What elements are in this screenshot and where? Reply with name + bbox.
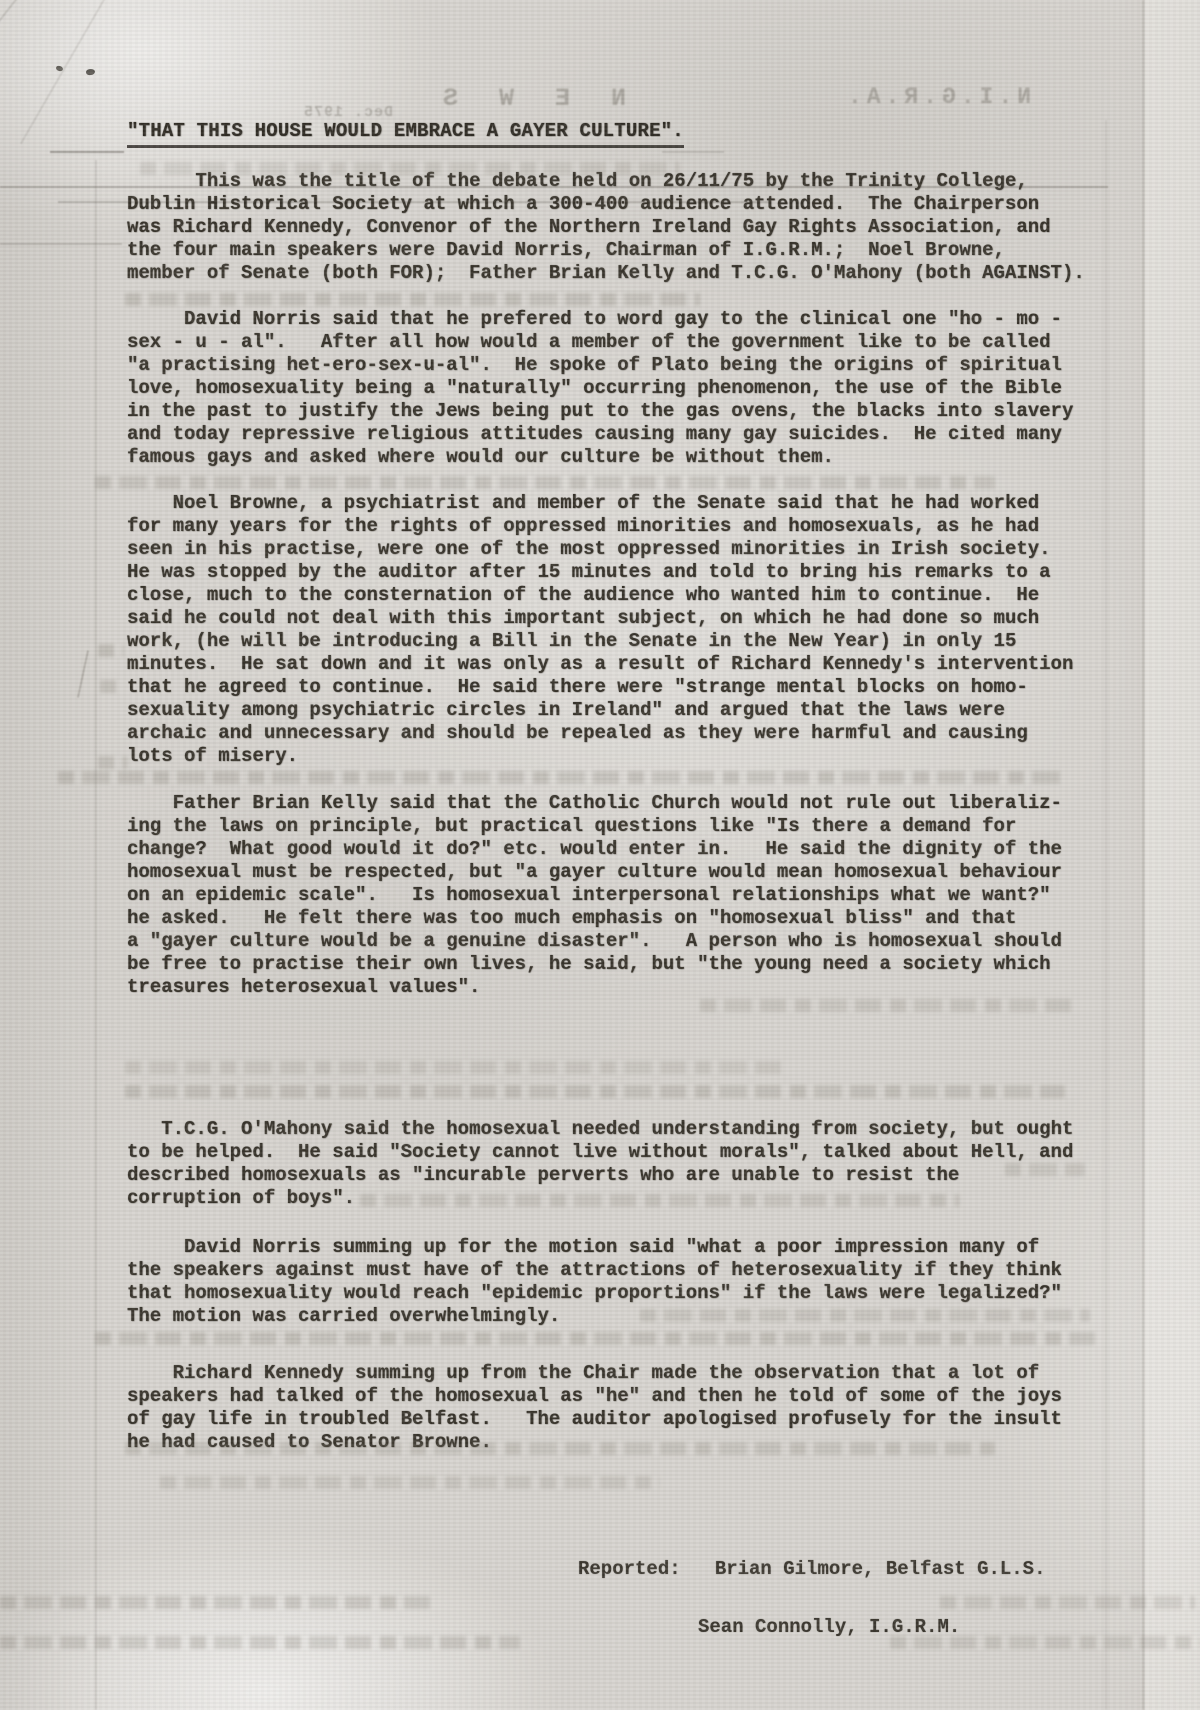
bleedthrough-smudge bbox=[95, 476, 995, 489]
second-reporter-line: Sean Connolly, I.G.R.M. bbox=[698, 1616, 960, 1638]
bleedthrough-smudge bbox=[640, 1309, 1090, 1322]
bleedthrough-smudge bbox=[0, 1636, 520, 1649]
bleedthrough-smudge bbox=[98, 644, 124, 657]
bleedthrough-smudge bbox=[1005, 1163, 1085, 1176]
fold-crease bbox=[95, 160, 97, 1710]
bleedthrough-smudge bbox=[890, 1636, 1200, 1649]
ink-speck bbox=[86, 68, 96, 75]
bleedthrough-smudge bbox=[125, 1085, 1065, 1098]
bleedthrough-smudge bbox=[160, 1476, 660, 1489]
bleedthrough-smudge bbox=[125, 1061, 785, 1074]
corner-crease bbox=[20, 0, 121, 144]
reported-by-line: Reported: Brian Gilmore, Belfast G.L.S. bbox=[578, 1558, 1045, 1580]
paragraph: This was the title of the debate held on… bbox=[127, 170, 1157, 285]
scanned-document-page: Dec. 1975 N E W S N.I.G.R.A. "THAT THIS … bbox=[0, 0, 1200, 1710]
paragraph: Noel Browne, a psychiatrist and member o… bbox=[127, 492, 1157, 768]
corner-crease bbox=[0, 0, 32, 162]
bleedthrough-date: Dec. 1975 bbox=[303, 104, 393, 121]
bleedthrough-smudge bbox=[360, 1194, 960, 1207]
margin-crease bbox=[77, 650, 88, 697]
bleedthrough-smudge bbox=[100, 680, 122, 693]
bleedthrough-smudge bbox=[940, 1596, 1195, 1609]
scan-line bbox=[0, 243, 122, 245]
bleedthrough-smudge bbox=[98, 756, 128, 769]
paragraph: Richard Kennedy summing up from the Chai… bbox=[127, 1362, 1157, 1454]
bleedthrough-smudge bbox=[125, 1442, 995, 1455]
bleedthrough-org-masthead: N.I.G.R.A. bbox=[843, 84, 1031, 110]
bleedthrough-smudge bbox=[140, 162, 680, 175]
paragraph: Father Brian Kelly said that the Catholi… bbox=[127, 792, 1157, 999]
bleedthrough-smudge bbox=[125, 293, 700, 306]
scan-line bbox=[50, 151, 124, 153]
bleedthrough-news-masthead: N E W S bbox=[430, 84, 626, 113]
document-title: "THAT THIS HOUSE WOULD EMBRACE A GAYER C… bbox=[127, 120, 684, 148]
paragraph: David Norris said that he prefered to wo… bbox=[127, 308, 1157, 469]
bleedthrough-smudge bbox=[95, 1332, 1095, 1345]
bleedthrough-smudge bbox=[0, 1596, 430, 1609]
bleedthrough-smudge bbox=[58, 771, 1068, 784]
scan-line bbox=[662, 151, 724, 153]
bleedthrough-smudge bbox=[700, 999, 1080, 1012]
